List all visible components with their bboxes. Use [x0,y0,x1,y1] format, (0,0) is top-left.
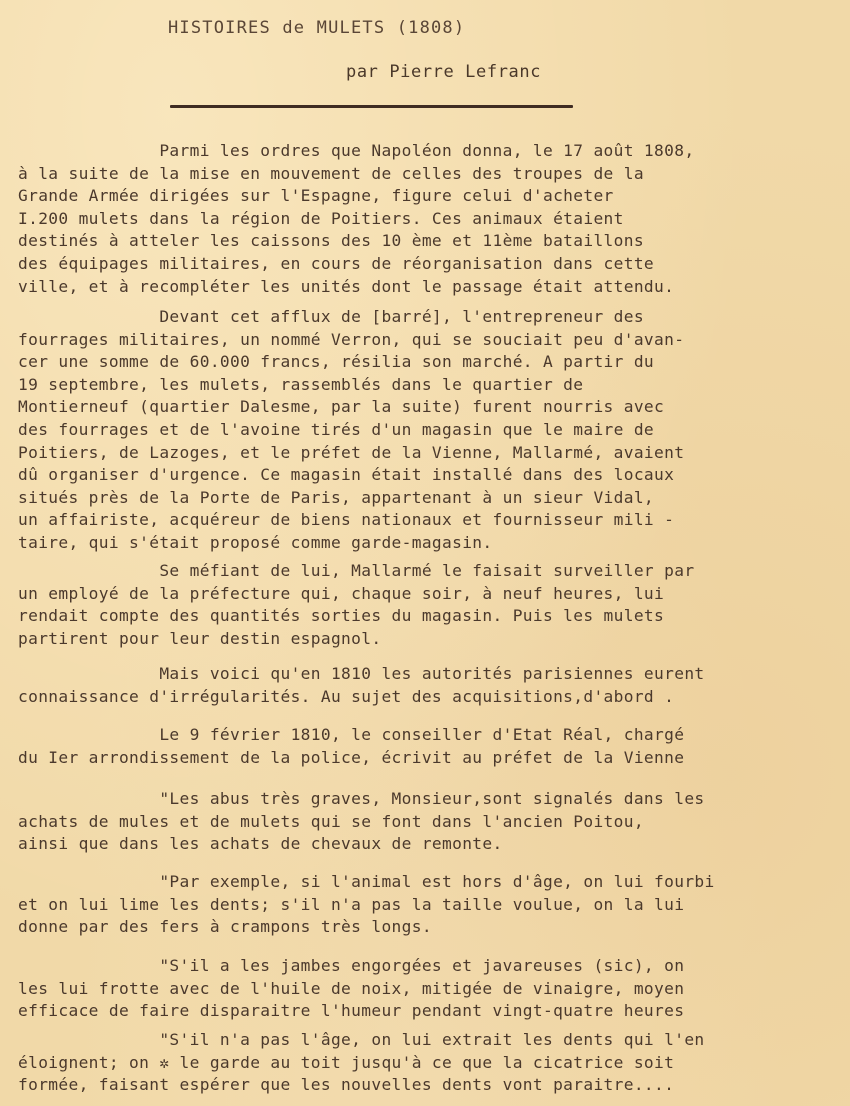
text-line: Montierneuf (quartier Dalesme, par la su… [18,396,850,419]
text-line: donne par des fers à crampons très longs… [18,916,850,939]
text-line: Se méfiant de lui, Mallarmé le faisait s… [18,560,850,583]
text-line: taire, qui s'était proposé comme garde-m… [18,532,850,555]
paragraph: "S'il n'a pas l'âge, on lui extrait les … [18,1029,850,1097]
text-line: cer une somme de 60.000 francs, résilia … [18,351,850,374]
text-line: un affairiste, acquéreur de biens nation… [18,509,850,532]
text-line: Le 9 février 1810, le conseiller d'Etat … [18,724,850,747]
text-line: "S'il a les jambes engorgées et javareus… [18,955,850,978]
text-line: "Les abus très graves, Monsieur,sont sig… [18,788,850,811]
text-line: connaissance d'irrégularités. Au sujet d… [18,686,850,709]
text-line: situés près de la Porte de Paris, appart… [18,487,850,510]
text-line: "Par exemple, si l'animal est hors d'âge… [18,871,850,894]
text-line: dû organiser d'urgence. Ce magasin était… [18,464,850,487]
text-line: formée, faisant espérer que les nouvelle… [18,1074,850,1097]
text-line: Poitiers, de Lazoges, et le préfet de la… [18,442,850,465]
text-line: les lui frotte avec de l'huile de noix, … [18,978,850,1001]
paragraph: "Par exemple, si l'animal est hors d'âge… [18,871,850,939]
paragraph: "S'il a les jambes engorgées et javareus… [18,955,850,1023]
text-line: Parmi les ordres que Napoléon donna, le … [18,140,850,163]
text-line: et on lui lime les dents; s'il n'a pas l… [18,894,850,917]
text-line: 19 septembre, les mulets, rassemblés dan… [18,374,850,397]
paragraph: Se méfiant de lui, Mallarmé le faisait s… [18,560,850,650]
title-underline-rule [170,105,573,108]
text-line: fourrages militaires, un nommé Verron, q… [18,329,850,352]
text-line: efficace de faire disparaitre l'humeur p… [18,1000,850,1023]
text-line: I.200 mulets dans la région de Poitiers.… [18,208,850,231]
text-line: à la suite de la mise en mouvement de ce… [18,163,850,186]
document-byline: par Pierre Lefranc [346,62,541,82]
text-line: Devant cet afflux de [barré], l'entrepre… [18,306,850,329]
text-line: éloignent; on ✲ le garde au toit jusqu'à… [18,1052,850,1075]
document-title: HISTOIRES de MULETS (1808) [168,18,465,38]
paragraph: Mais voici qu'en 1810 les autorités pari… [18,663,850,708]
text-line: destinés à atteler les caissons des 10 è… [18,230,850,253]
text-line: ainsi que dans les achats de chevaux de … [18,833,850,856]
text-line: rendait compte des quantités sorties du … [18,605,850,628]
paragraph: "Les abus très graves, Monsieur,sont sig… [18,788,850,856]
text-line: partirent pour leur destin espagnol. [18,628,850,651]
paragraph: Le 9 février 1810, le conseiller d'Etat … [18,724,850,769]
text-line: ville, et à recompléter les unités dont … [18,276,850,299]
text-line: "S'il n'a pas l'âge, on lui extrait les … [18,1029,850,1052]
text-line: Grande Armée dirigées sur l'Espagne, fig… [18,185,850,208]
paragraph: Parmi les ordres que Napoléon donna, le … [18,140,850,298]
text-line: du Ier arrondissement de la police, écri… [18,747,850,770]
text-line: des fourrages et de l'avoine tirés d'un … [18,419,850,442]
text-line: Mais voici qu'en 1810 les autorités pari… [18,663,850,686]
text-line: achats de mules et de mulets qui se font… [18,811,850,834]
typewritten-page: HISTOIRES de MULETS (1808) par Pierre Le… [0,0,850,1106]
text-line: des équipages militaires, en cours de ré… [18,253,850,276]
text-line: un employé de la préfecture qui, chaque … [18,583,850,606]
paragraph: Devant cet afflux de [barré], l'entrepre… [18,306,850,555]
